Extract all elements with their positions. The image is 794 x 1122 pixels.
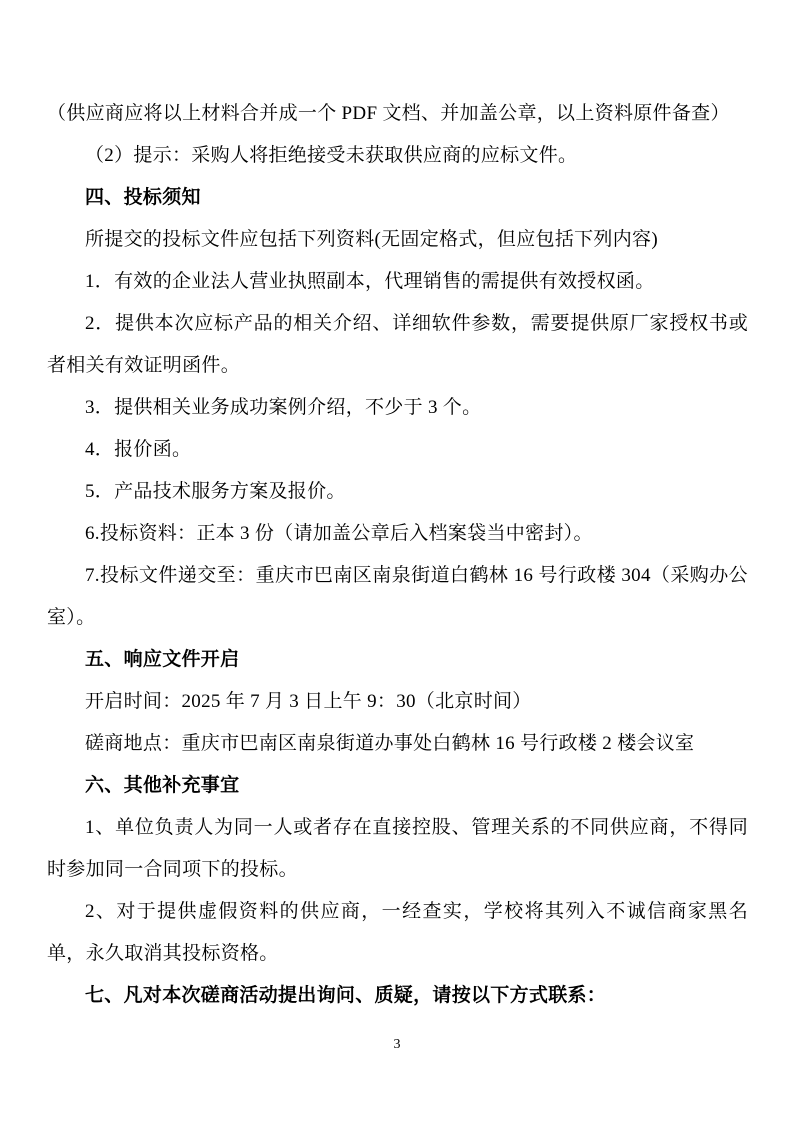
para-other-1: 1、单位负责人为同一人或者存在直接控股、管理关系的不同供应商，不得同时参加同一合… <box>47 807 748 891</box>
page-number: 3 <box>0 1036 794 1054</box>
heading-bid-instructions: 四、投标须知 <box>47 177 748 219</box>
para-opening-time: 开启时间：2025 年 7 月 3 日上午 9：30（北京时间） <box>47 681 748 723</box>
document-page: （供应商应将以上材料合并成一个 PDF 文档、并加盖公章，以上资料原件备查） （… <box>0 0 794 1122</box>
heading-response-opening: 五、响应文件开启 <box>47 639 748 681</box>
para-materials-note: （供应商应将以上材料合并成一个 PDF 文档、并加盖公章，以上资料原件备查） <box>47 93 748 135</box>
para-bid-docs-intro: 所提交的投标文件应包括下列资料(无固定格式，但应包括下列内容) <box>47 219 748 261</box>
list-item-3: 3．提供相关业务成功案例介绍，不少于 3 个。 <box>47 387 748 429</box>
list-item-5: 5．产品技术服务方案及报价。 <box>47 471 748 513</box>
list-item-6: 6.投标资料：正本 3 份（请加盖公章后入档案袋当中密封）。 <box>47 513 748 555</box>
heading-other-matters: 六、其他补充事宜 <box>47 765 748 807</box>
list-item-1: 1．有效的企业法人营业执照副本，代理销售的需提供有效授权函。 <box>47 261 748 303</box>
para-other-2: 2、对于提供虚假资料的供应商，一经查实，学校将其列入不诚信商家黑名单，永久取消其… <box>47 891 748 975</box>
para-reminder: （2）提示：采购人将拒绝接受未获取供应商的应标文件。 <box>47 135 748 177</box>
list-item-4: 4．报价函。 <box>47 429 748 471</box>
list-item-7: 7.投标文件递交至：重庆市巴南区南泉街道白鹤林 16 号行政楼 304（采购办公… <box>47 555 748 639</box>
document-body: （供应商应将以上材料合并成一个 PDF 文档、并加盖公章，以上资料原件备查） （… <box>0 0 794 1017</box>
para-negotiation-location: 磋商地点：重庆市巴南区南泉街道办事处白鹤林 16 号行政楼 2 楼会议室 <box>47 723 748 765</box>
list-item-2: 2．提供本次应标产品的相关介绍、详细软件参数，需要提供原厂家授权书或者相关有效证… <box>47 303 748 387</box>
heading-contact: 七、凡对本次磋商活动提出询问、质疑，请按以下方式联系： <box>47 975 748 1017</box>
